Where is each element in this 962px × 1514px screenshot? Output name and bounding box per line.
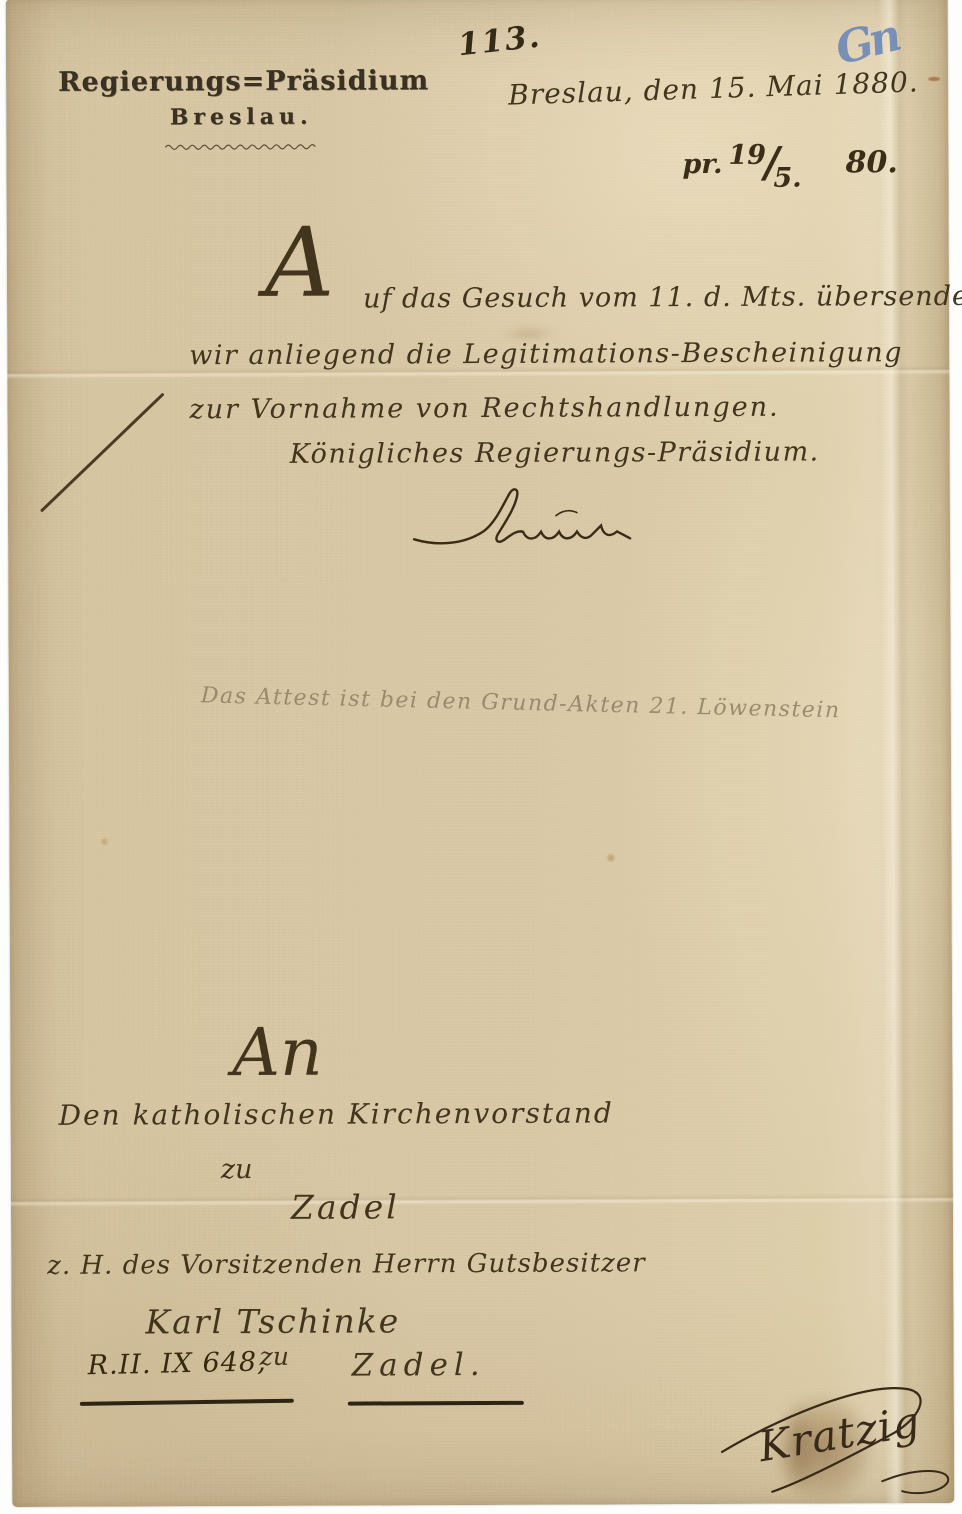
pencil-annotation: Das Attest ist bei den Grund-Akten 21. L… xyxy=(201,683,841,723)
praesentatum-year: 80. xyxy=(846,145,898,180)
body-line-4: Königliches Regierungs-Präsidium. xyxy=(290,437,820,470)
document-page: Regierungs=Präsidium Breslau. 113. Gn Br… xyxy=(6,0,955,1507)
letterhead-city: Breslau. xyxy=(58,103,424,131)
praesentatum-day: 19 xyxy=(728,140,766,171)
body-line-1: uf das Gesuch vom 11. d. Mts. übersenden xyxy=(363,281,962,315)
paper-speck xyxy=(928,77,940,81)
praesentatum-month: 5. xyxy=(773,163,801,194)
file-reference-underline xyxy=(80,1399,294,1406)
journal-number: 113. xyxy=(456,18,543,63)
president-signature-scrawl xyxy=(406,484,641,563)
address-person-name: Karl Tschinke xyxy=(145,1301,400,1341)
address-place-repeat: Zadel. xyxy=(352,1347,486,1384)
fold-crease-lower xyxy=(11,1193,953,1207)
photo-background: Regierungs=Präsidium Breslau. 113. Gn Br… xyxy=(0,0,962,1514)
address-recipient: Den katholischen Kirchenvorstand xyxy=(59,1096,614,1131)
letterhead: Regierungs=Präsidium Breslau. xyxy=(58,65,424,151)
address-salutation: An xyxy=(232,1014,323,1091)
letterhead-wavy-rule-icon xyxy=(163,142,319,151)
address-attention-line: z. H. des Vorsitzenden Herrn Gutsbesitze… xyxy=(47,1248,646,1281)
body-line-3: zur Vornahme von Rechtshandlungen. xyxy=(189,392,779,426)
place-underline xyxy=(348,1401,524,1406)
letterhead-title: Regierungs=Präsidium xyxy=(58,65,424,98)
paper-texture xyxy=(6,0,955,1507)
address-zu: zu xyxy=(221,1154,253,1185)
fold-crease-vertical xyxy=(878,0,915,1503)
address-place: Zadel xyxy=(291,1187,400,1226)
dateline: Breslau, den 15. Mai 1880. xyxy=(508,65,919,111)
body-line-2: wir anliegend die Legitimations-Beschein… xyxy=(189,337,903,371)
paper-speck xyxy=(607,854,614,861)
cancellation-slash xyxy=(40,393,165,513)
file-reference: R.II. IX 648, xyxy=(87,1346,267,1381)
paper-speck xyxy=(101,839,107,845)
drop-cap-initial: A xyxy=(265,220,335,307)
praesentatum-prefix: pr. xyxy=(682,149,722,180)
praesentatum-note: pr.19/5.80. xyxy=(682,133,898,183)
